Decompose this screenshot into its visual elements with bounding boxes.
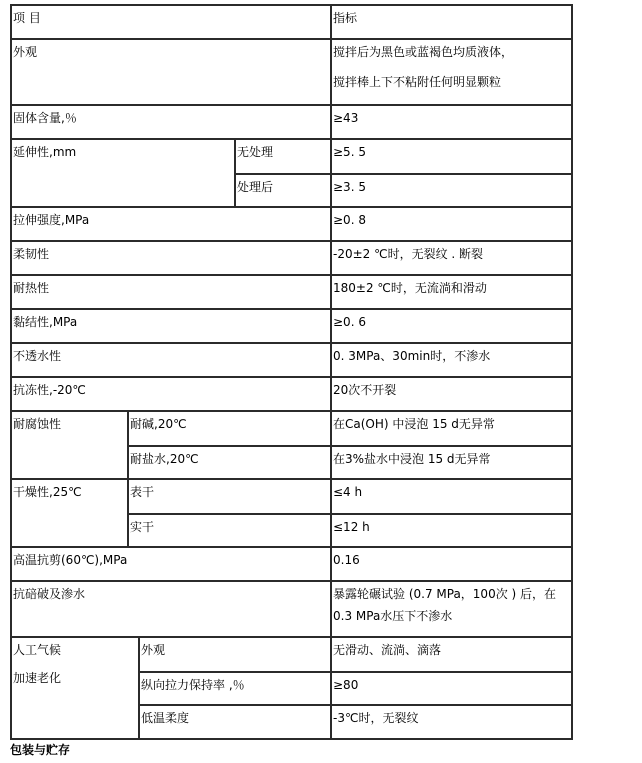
table-row-flexibility: 柔韧性 -20±2 ℃时，无裂纹 . 断裂	[12, 242, 571, 276]
row-item: 耐热性	[12, 276, 332, 308]
sub-values: 在Ca(OH) 中浸泡 15 d无异常 在3%盐水中浸泡 15 d无异常	[332, 412, 571, 478]
sub-values: ≥5. 5 ≥3. 5	[332, 140, 571, 206]
sub-item: 耐盐水,20℃	[129, 445, 330, 478]
row-item: 高温抗剪(60℃),MPa	[12, 548, 332, 580]
sub-item: 外观	[140, 638, 330, 671]
sub-item: 表干	[129, 480, 330, 513]
row-value: ≥0. 8	[332, 208, 571, 240]
sub-values: 无滑动、流淌、滴落 ≥80 -3℃时，无裂纹	[332, 638, 571, 738]
row-item: 黏结性,MPa	[12, 310, 332, 342]
row-value: 暴露轮碾试验 (0.7 MPa，100次 ) 后，在 0.3 MPa水压下不渗水	[332, 582, 571, 636]
row-item-group: 耐腐蚀性 耐碱,20℃ 耐盐水,20℃	[12, 412, 332, 478]
header-indicator: 指标	[332, 6, 571, 38]
table-row-impermeability: 不透水性 0. 3MPa、30min时，不渗水	[12, 344, 571, 378]
row-value: 20次不开裂	[332, 378, 571, 410]
sub-items: 表干 实干	[129, 480, 330, 546]
sub-item: 耐碱,20℃	[129, 412, 330, 445]
row-item: 人工气候 加速老化	[12, 638, 140, 738]
sub-item: 低温柔度	[140, 704, 330, 738]
row-item-group: 人工气候 加速老化 外观 纵向拉力保持率 ,％ 低温柔度	[12, 638, 332, 738]
row-value: ≤12 h	[332, 513, 571, 546]
value-line: 搅拌后为黑色或蓝褐色均质液体，	[333, 45, 513, 59]
item-line: 人工气候	[13, 643, 61, 657]
row-value: ≥0. 6	[332, 310, 571, 342]
row-value: 0. 3MPa、30min时，不渗水	[332, 344, 571, 376]
sub-items: 外观 纵向拉力保持率 ,％ 低温柔度	[140, 638, 330, 738]
value-line: 暴露轮碾试验 (0.7 MPa，100次 ) 后，在	[333, 587, 556, 601]
row-value: ≥3. 5	[332, 173, 571, 206]
section-heading-packaging-storage: 包装与贮存	[10, 741, 70, 758]
row-value: ≥5. 5	[332, 140, 571, 173]
table-row-appearance: 外观 搅拌后为黑色或蓝褐色均质液体， 搅拌棒上下不粘附任何明显颗粒	[12, 40, 571, 106]
table-row-high-temp-shear: 高温抗剪(60℃),MPa 0.16	[12, 548, 571, 582]
sub-item: 纵向拉力保持率 ,％	[140, 671, 330, 704]
row-item: 外观	[12, 40, 332, 104]
table-row-tensile: 拉伸强度,MPa ≥0. 8	[12, 208, 571, 242]
value-line: 搅拌棒上下不粘附任何明显颗粒	[333, 74, 570, 90]
spec-table: 项 目 指标 外观 搅拌后为黑色或蓝褐色均质液体， 搅拌棒上下不粘附任何明显颗粒…	[10, 4, 573, 740]
row-value: 0.16	[332, 548, 571, 580]
row-value: 在Ca(OH) 中浸泡 15 d无异常	[332, 412, 571, 445]
row-item: 延伸性,mm	[12, 140, 236, 206]
table-row-drying: 干燥性,25℃ 表干 实干 ≤4 h ≤12 h	[12, 480, 571, 548]
row-value: ≤4 h	[332, 480, 571, 513]
row-item: 不透水性	[12, 344, 332, 376]
sub-items: 耐碱,20℃ 耐盐水,20℃	[129, 412, 330, 478]
row-item: 干燥性,25℃	[12, 480, 129, 546]
sub-items: 无处理 处理后	[236, 140, 330, 206]
row-item-group: 延伸性,mm 无处理 处理后	[12, 140, 332, 206]
item-line: 加速老化	[13, 670, 137, 686]
sub-values: ≤4 h ≤12 h	[332, 480, 571, 546]
row-item: 拉伸强度,MPa	[12, 208, 332, 240]
value-line: 0.3 MPa水压下不渗水	[333, 608, 570, 624]
row-item: 柔韧性	[12, 242, 332, 274]
row-value: -20±2 ℃时，无裂纹 . 断裂	[332, 242, 571, 274]
table-row-heat-resistance: 耐热性 180±2 ℃时，无流淌和滑动	[12, 276, 571, 310]
row-value: ≥43	[332, 106, 571, 138]
row-value: 搅拌后为黑色或蓝褐色均质液体， 搅拌棒上下不粘附任何明显颗粒	[332, 40, 571, 104]
row-item: 抗碚破及渗水	[12, 582, 332, 636]
table-row-elongation: 延伸性,mm 无处理 处理后 ≥5. 5 ≥3. 5	[12, 140, 571, 208]
row-item: 抗冻性,-20℃	[12, 378, 332, 410]
row-item-group: 干燥性,25℃ 表干 实干	[12, 480, 332, 546]
table-row-solid-content: 固体含量,％ ≥43	[12, 106, 571, 140]
table-row-corrosion: 耐腐蚀性 耐碱,20℃ 耐盐水,20℃ 在Ca(OH) 中浸泡 15 d无异常 …	[12, 412, 571, 480]
row-item: 固体含量,％	[12, 106, 332, 138]
table-header-row: 项 目 指标	[12, 6, 571, 40]
row-value: 无滑动、流淌、滴落	[332, 638, 571, 671]
table-row-frost-resistance: 抗冻性,-20℃ 20次不开裂	[12, 378, 571, 412]
row-value: 在3%盐水中浸泡 15 d无异常	[332, 445, 571, 478]
sub-item: 处理后	[236, 173, 330, 206]
table-row-weathering: 人工气候 加速老化 外观 纵向拉力保持率 ,％ 低温柔度 无滑动、流淌、滴落 ≥…	[12, 638, 571, 740]
sub-item: 无处理	[236, 140, 330, 173]
row-value: -3℃时，无裂纹	[332, 704, 571, 738]
table-row-adhesion: 黏结性,MPa ≥0. 6	[12, 310, 571, 344]
header-item: 项 目	[12, 6, 332, 38]
sub-item: 实干	[129, 513, 330, 546]
row-value: 180±2 ℃时，无流淌和滑动	[332, 276, 571, 308]
table-row-rolling-seepage: 抗碚破及渗水 暴露轮碾试验 (0.7 MPa，100次 ) 后，在 0.3 MP…	[12, 582, 571, 638]
row-item: 耐腐蚀性	[12, 412, 129, 478]
row-value: ≥80	[332, 671, 571, 704]
